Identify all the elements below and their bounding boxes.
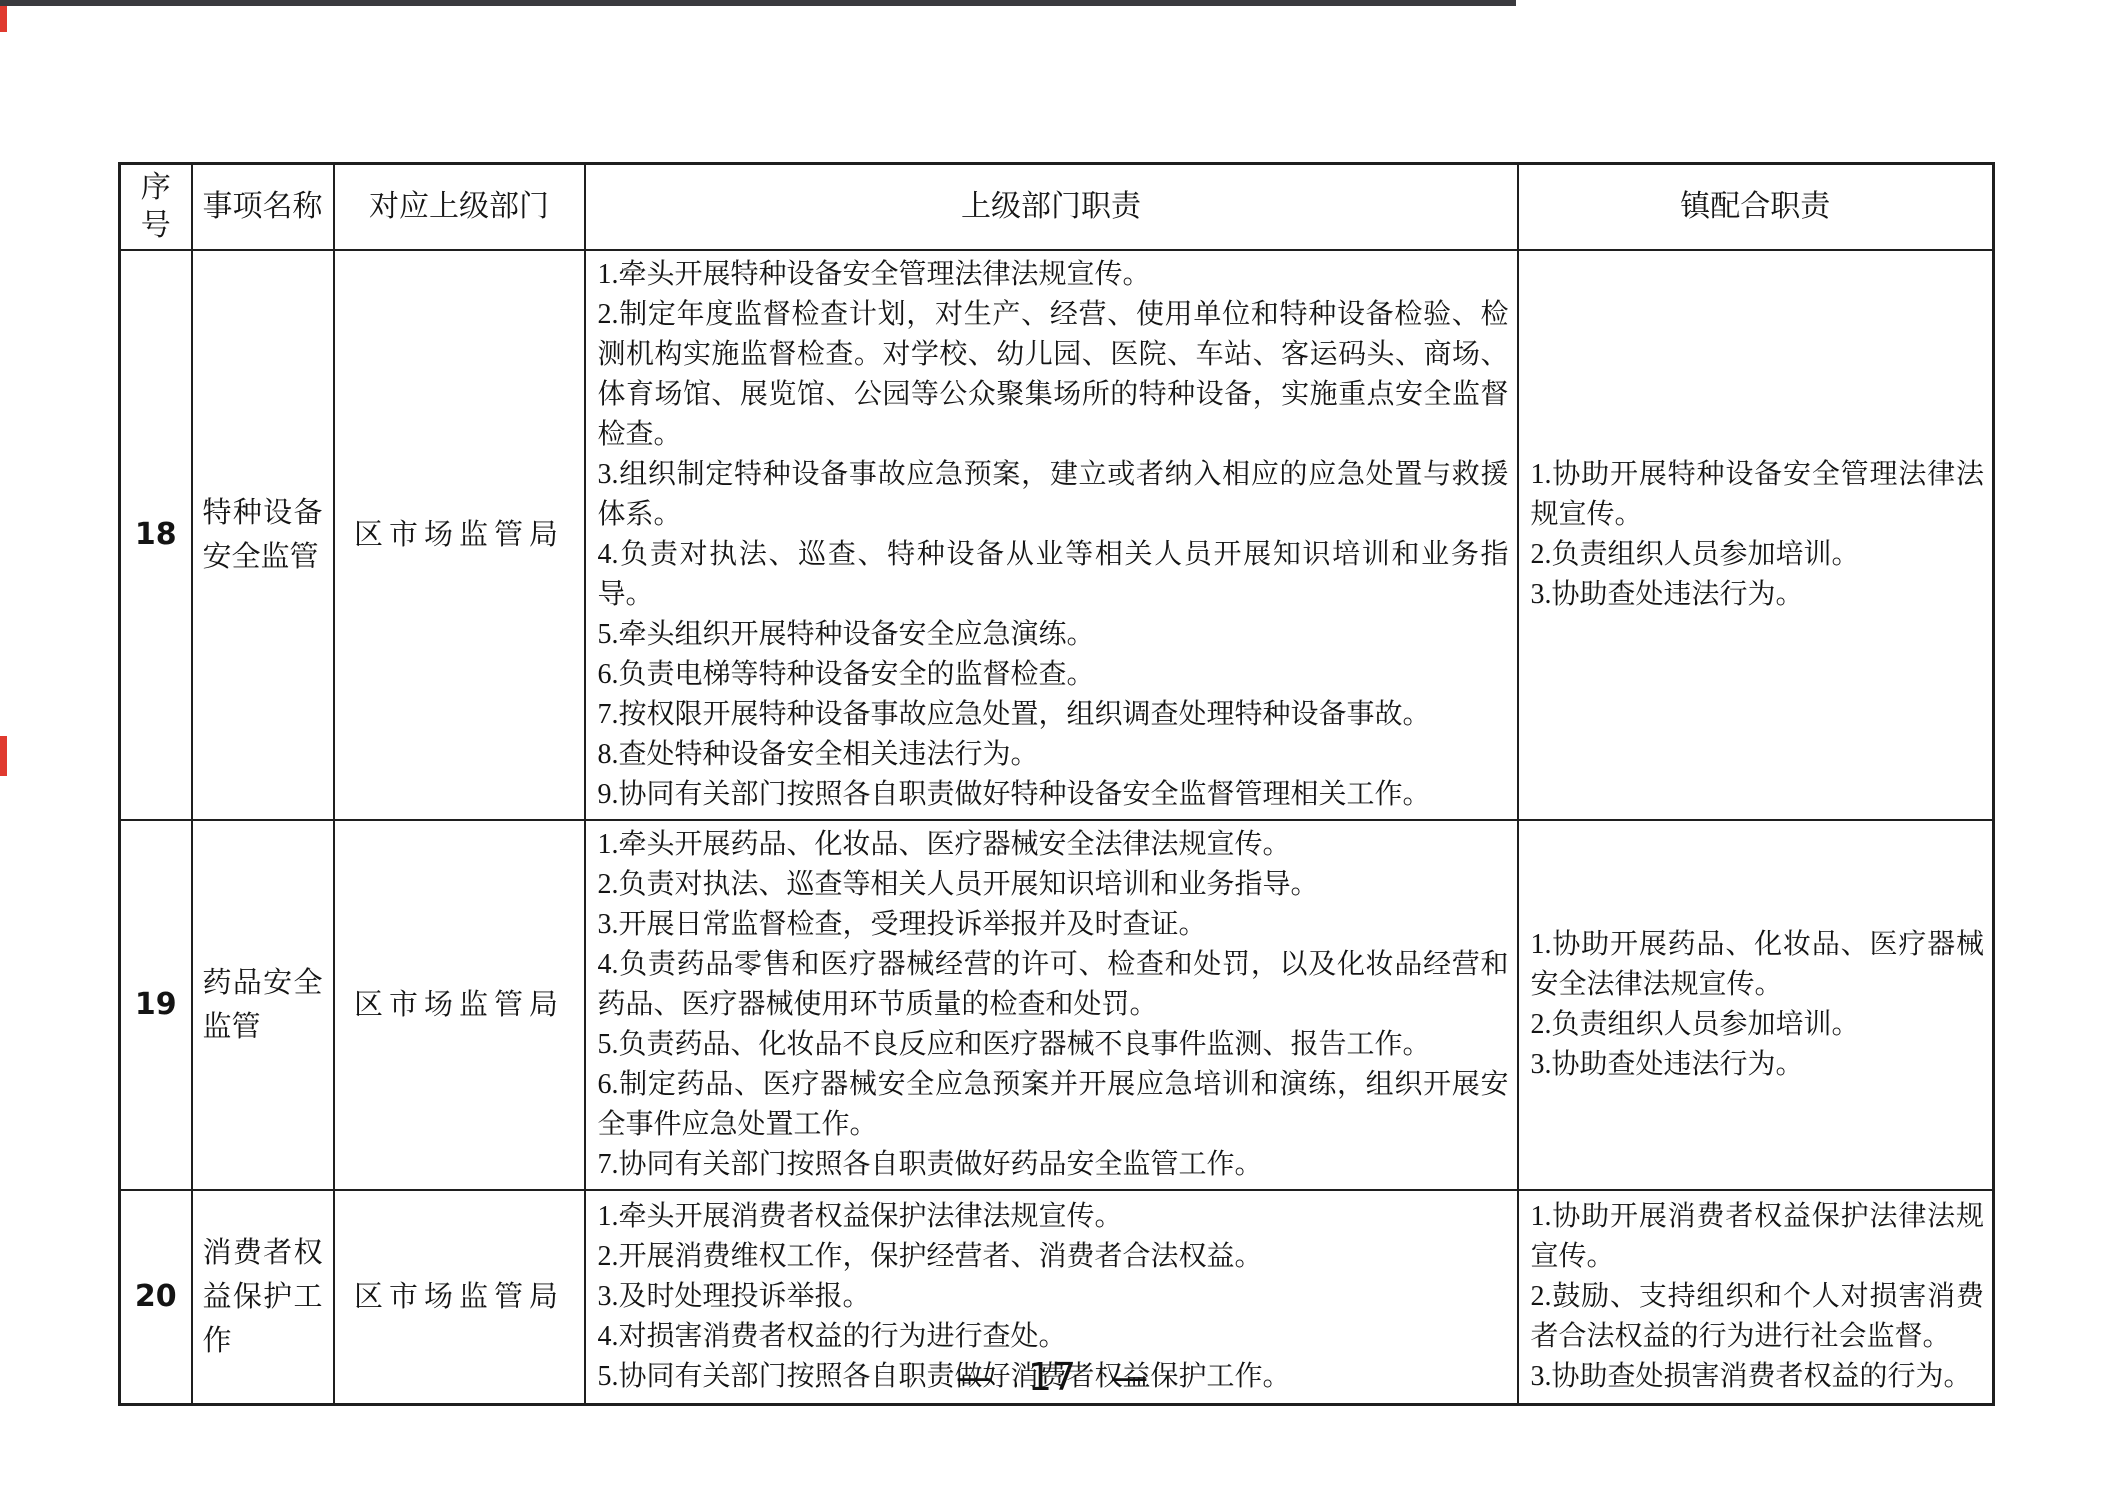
scan-artifact-top-bar <box>0 0 1516 6</box>
cell-town-duties: 1.协助开展特种设备安全管理法律法规宣传。 2.负责组织人员参加培训。 3.协助… <box>1518 250 1994 820</box>
cell-item-name: 药品安全监管 <box>192 820 334 1190</box>
cell-item-name: 特种设备安全监管 <box>192 250 334 820</box>
document-page: 序号 事项名称 对应上级部门 上级部门职责 镇配合职责 18 特种设备安全监管 … <box>0 0 2104 1488</box>
duties-table: 序号 事项名称 对应上级部门 上级部门职责 镇配合职责 18 特种设备安全监管 … <box>118 162 1995 1406</box>
cell-department: 区市场监管局 <box>334 820 585 1190</box>
page-number: — 17 — <box>0 1355 2104 1399</box>
header-serial-number: 序号 <box>120 164 192 251</box>
cell-superior-duties: 1.牵头开展药品、化妆品、医疗器械安全法律法规宣传。 2.负责对执法、巡查等相关… <box>585 820 1518 1190</box>
scan-artifact-red-mark-top <box>0 6 7 32</box>
header-superior-department: 对应上级部门 <box>334 164 585 251</box>
table-row-18: 18 特种设备安全监管 区市场监管局 1.牵头开展特种设备安全管理法律法规宣传。… <box>120 250 1994 820</box>
cell-department: 区市场监管局 <box>334 250 585 820</box>
cell-superior-duties: 1.牵头开展特种设备安全管理法律法规宣传。 2.制定年度监督检查计划，对生产、经… <box>585 250 1518 820</box>
cell-serial-number: 19 <box>120 820 192 1190</box>
cell-town-duties: 1.协助开展药品、化妆品、医疗器械安全法律法规宣传。 2.负责组织人员参加培训。… <box>1518 820 1994 1190</box>
header-town-duties: 镇配合职责 <box>1518 164 1994 251</box>
table-header-row: 序号 事项名称 对应上级部门 上级部门职责 镇配合职责 <box>120 164 1994 251</box>
scan-artifact-red-mark-middle <box>0 736 7 776</box>
header-item-name: 事项名称 <box>192 164 334 251</box>
cell-serial-number: 18 <box>120 250 192 820</box>
table-row-19: 19 药品安全监管 区市场监管局 1.牵头开展药品、化妆品、医疗器械安全法律法规… <box>120 820 1994 1190</box>
header-superior-duties: 上级部门职责 <box>585 164 1518 251</box>
